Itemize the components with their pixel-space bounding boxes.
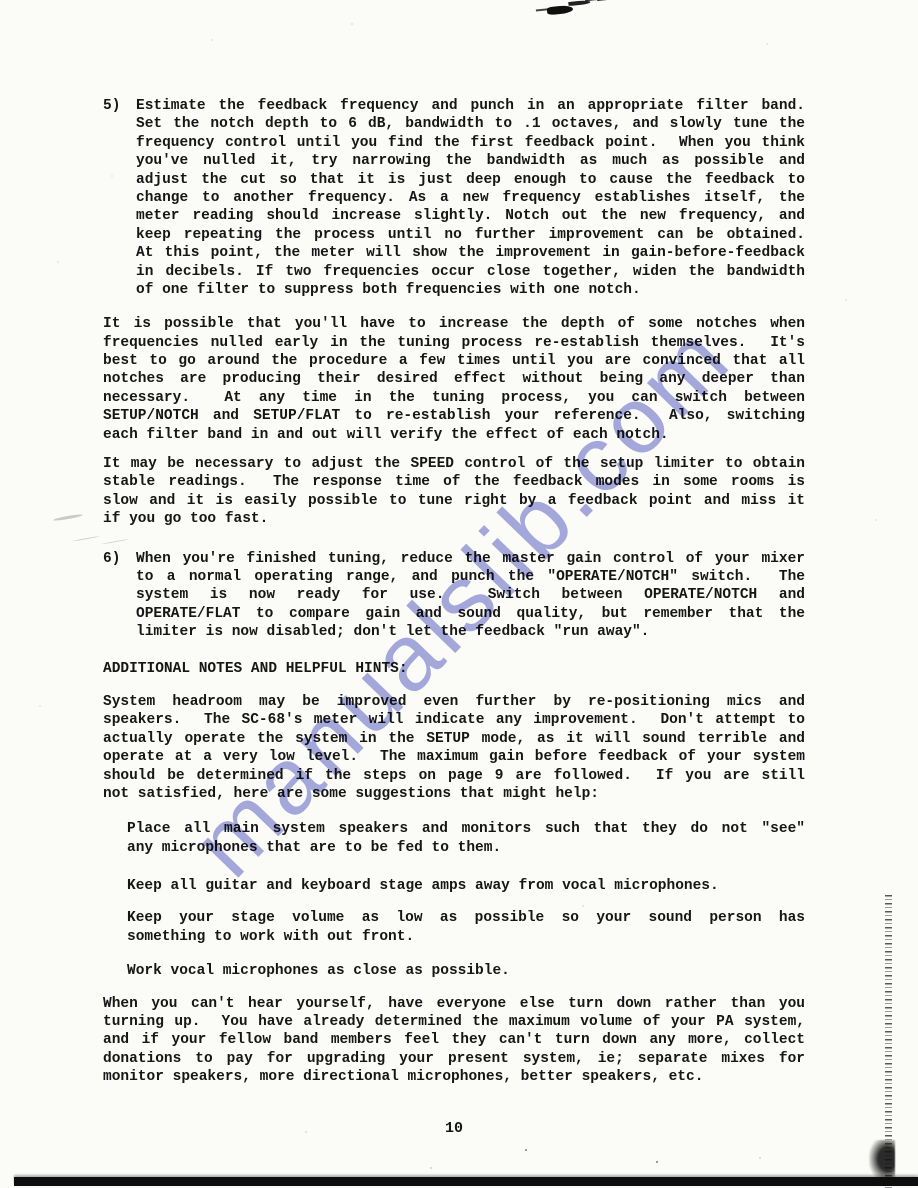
paragraph-block: When you can't hear yourself, have every…: [103, 995, 805, 1087]
text-line: ADDITIONAL NOTES AND HELPFUL HINTS:: [103, 660, 805, 678]
text-line: you've nulled it, try narrowing the band…: [136, 152, 805, 170]
text-line: change to another frequency. As a new fr…: [136, 189, 805, 207]
text-line: frequency control until you find the fir…: [136, 134, 805, 152]
item-number: 5): [103, 97, 136, 299]
text-line: each filter band in and out will verify …: [103, 426, 805, 444]
text-line: Work vocal microphones as close as possi…: [127, 962, 805, 980]
text-line: donations to pay for upgrading your pres…: [103, 1050, 805, 1068]
paragraph-block: 5)Estimate the feedback frequency and pu…: [103, 97, 805, 299]
paragraph-block: Keep all guitar and keyboard stage amps …: [127, 877, 805, 895]
text-line: not satisfied, here are some suggestions…: [103, 785, 805, 803]
text-line: Estimate the feedback frequency and punc…: [136, 97, 805, 115]
section-heading: ADDITIONAL NOTES AND HELPFUL HINTS:: [103, 660, 805, 678]
text-line: OPERATE/FLAT to compare gain and sound q…: [136, 605, 805, 623]
text-line: notches are producing their desired effe…: [103, 370, 805, 388]
paragraph-block: It is possible that you'll have to incre…: [103, 315, 805, 444]
text-line: System headroom may be improved even fur…: [103, 693, 805, 711]
item-number: 6): [103, 550, 136, 642]
text-line: and if your fellow band members feel the…: [103, 1031, 805, 1049]
text-line: of one filter to suppress both frequenci…: [136, 281, 805, 299]
text-line: When you're finished tuning, reduce the …: [136, 550, 805, 568]
text-line: SETUP/NOTCH and SETUP/FLAT to re-establi…: [103, 407, 805, 425]
text-line: slow and it is easily possible to tune r…: [103, 492, 805, 510]
scanned-manual-page: 5)Estimate the feedback frequency and pu…: [0, 0, 918, 1188]
text-line: When you can't hear yourself, have every…: [103, 995, 805, 1013]
text-line: in decibels. If two frequencies occur cl…: [136, 263, 805, 281]
text-line: frequencies nulled early in the tuning p…: [103, 334, 805, 352]
text-line: keep repeating the process until no furt…: [136, 226, 805, 244]
scan-edge-bottom-bar: [14, 1177, 918, 1186]
text-line: Set the notch depth to 6 dB, bandwidth t…: [136, 115, 805, 133]
text-line: It may be necessary to adjust the SPEED …: [103, 455, 805, 473]
document-body: 5)Estimate the feedback frequency and pu…: [0, 0, 918, 1087]
text-line: best to go around the procedure a few ti…: [103, 352, 805, 370]
text-line: operate at a very low level. The maximum…: [103, 748, 805, 766]
text-line: Place all main system speakers and monit…: [127, 820, 805, 838]
text-line: It is possible that you'll have to incre…: [103, 315, 805, 333]
text-line: any microphones that are to be fed to th…: [127, 839, 805, 857]
text-line: Keep your stage volume as low as possibl…: [127, 909, 805, 927]
paragraph-block: It may be necessary to adjust the SPEED …: [103, 455, 805, 529]
text-line: turning up. You have already determined …: [103, 1013, 805, 1031]
text-line: system is now ready for use. Switch betw…: [136, 586, 805, 604]
text-line: limiter is now disabled; don't let the f…: [136, 623, 805, 641]
text-line: monitor speakers, more directional micro…: [103, 1068, 805, 1086]
text-line: necessary. At any time in the tuning pro…: [103, 389, 805, 407]
text-line: if you go too fast.: [103, 510, 805, 528]
text-line: should be determined if the steps on pag…: [103, 767, 805, 785]
text-line: something to work with out front.: [127, 928, 805, 946]
text-line: to a normal operating range, and punch t…: [136, 568, 805, 586]
text-line: speakers. The SC-68's meter will indicat…: [103, 711, 805, 729]
page-number: 10: [103, 1120, 805, 1137]
text-line: actually operate the system in the SETUP…: [103, 730, 805, 748]
paragraph-block: 6)When you're finished tuning, reduce th…: [103, 550, 805, 642]
scan-edge-noise-blob: [869, 1140, 895, 1182]
text-line: adjust the cut so that it is just deep e…: [136, 171, 805, 189]
paragraph-block: Keep your stage volume as low as possibl…: [127, 909, 805, 946]
paragraph-block: Place all main system speakers and monit…: [127, 820, 805, 857]
text-line: Keep all guitar and keyboard stage amps …: [127, 877, 805, 895]
paragraph-block: Work vocal microphones as close as possi…: [127, 962, 805, 980]
text-line: At this point, the meter will show the i…: [136, 244, 805, 262]
paragraph-block: System headroom may be improved even fur…: [103, 693, 805, 803]
text-line: meter reading should increase slightly. …: [136, 207, 805, 225]
text-line: stable readings. The response time of th…: [103, 473, 805, 491]
